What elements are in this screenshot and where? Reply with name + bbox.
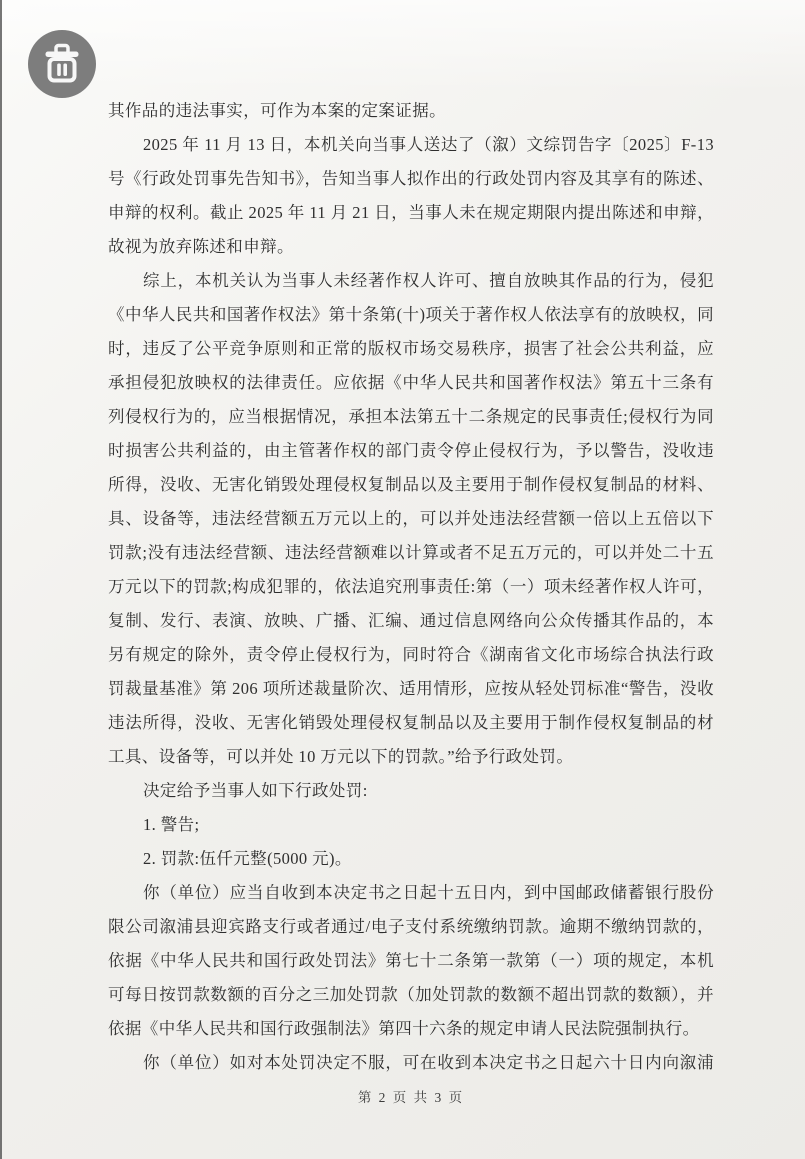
document-line: 你（单位）应当自收到本决定书之日起十五日内，到中国邮政储蓄银行股份有 — [108, 876, 714, 910]
document-line: 罚款;没有违法经营额、违法经营额难以计算或者不足五万元的，可以并处二十五 — [108, 536, 714, 570]
document-line: 所得，没收、无害化销毁处理侵权复制品以及主要用于制作侵权复制品的材料、工 — [108, 468, 714, 502]
document-line: 违法所得，没收、无害化销毁处理侵权复制品以及主要用于制作侵权复制品的材料、 — [108, 706, 714, 740]
trash-icon — [27, 29, 97, 99]
document-line: 2. 罚款:伍仟元整(5000 元)。 — [108, 842, 714, 876]
document-line: 时损害公共利益的，由主管著作权的部门责令停止侵权行为，予以警告，没收违法 — [108, 434, 714, 468]
document-line: 号《行政处罚事先告知书》，告知当事人拟作出的行政处罚内容及其享有的陈述、 — [108, 162, 714, 196]
document-line: 另有规定的除外，责令停止侵权行为，同时符合《湖南省文化市场综合执法行政处 — [108, 638, 714, 672]
document-page: 其作品的违法事实，可作为本案的定案证据。2025 年 11 月 13 日，本机关… — [108, 94, 714, 1080]
document-line: 承担侵犯放映权的法律责任。应依据《中华人民共和国著作权法》第五十三条有下 — [108, 366, 714, 400]
document-line: 故视为放弃陈述和申辩。 — [108, 230, 714, 264]
document-line: 可每日按罚款数额的百分之三加处罚款（加处罚款的数额不超出罚款的数额），并 — [108, 978, 714, 1012]
document-line: 万元以下的罚款;构成犯罪的，依法追究刑事责任:第（一）项未经著作权人许可， — [108, 570, 714, 604]
document-line: 决定给予当事人如下行政处罚: — [108, 774, 714, 808]
photo-light-area — [0, 0, 805, 92]
page-number: 第 2 页 共 3 页 — [108, 1086, 714, 1106]
document-line: 申辩的权利。截止 2025 年 11 月 21 日，当事人未在规定期限内提出陈述… — [108, 196, 714, 230]
document-line: 《中华人民共和国著作权法》第十条第(十)项关于著作权人依法享有的放映权，同 — [108, 298, 714, 332]
document-line: 依据《中华人民共和国行政处罚法》第七十二条第一款第（一）项的规定，本机关 — [108, 944, 714, 978]
document-line: 限公司溆浦县迎宾路支行或者通过/电子支付系统缴纳罚款。逾期不缴纳罚款的， — [108, 910, 714, 944]
document-line: 你（单位）如对本处罚决定不服，可在收到本决定书之日起六十日内向溆浦县 — [108, 1046, 714, 1080]
document-line: 其作品的违法事实，可作为本案的定案证据。 — [108, 94, 714, 128]
document-body: 其作品的违法事实，可作为本案的定案证据。2025 年 11 月 13 日，本机关… — [108, 94, 714, 1080]
document-line: 1. 警告; — [108, 808, 714, 842]
document-line: 综上，本机关认为当事人未经著作权人许可、擅自放映其作品的行为，侵犯了 — [108, 264, 714, 298]
document-line: 列侵权行为的，应当根据情况，承担本法第五十二条规定的民事责任;侵权行为同 — [108, 400, 714, 434]
photo-of-document: { "colors": { "page_background": "#f2f1e… — [0, 0, 805, 1159]
document-line: 依据《中华人民共和国行政强制法》第四十六条的规定申请人民法院强制执行。 — [108, 1012, 714, 1046]
document-line: 时，违反了公平竞争原则和正常的版权市场交易秩序，损害了社会公共利益，应当 — [108, 332, 714, 366]
document-line: 具、设备等，违法经营额五万元以上的，可以并处违法经营额一倍以上五倍以下的 — [108, 502, 714, 536]
document-line: 罚裁量基准》第 206 项所述裁量阶次、适用情形，应按从轻处罚标准“警告，没收 — [108, 672, 714, 706]
photo-edge-line — [0, 0, 2, 1159]
document-line: 工具、设备等，可以并处 10 万元以下的罚款。”给予行政处罚。 — [108, 740, 714, 774]
document-line: 2025 年 11 月 13 日，本机关向当事人送达了（溆）文综罚告字〔2025… — [108, 128, 714, 162]
delete-button[interactable] — [27, 29, 97, 99]
document-line: 复制、发行、表演、放映、广播、汇编、通过信息网络向公众传播其作品的，本法 — [108, 604, 714, 638]
